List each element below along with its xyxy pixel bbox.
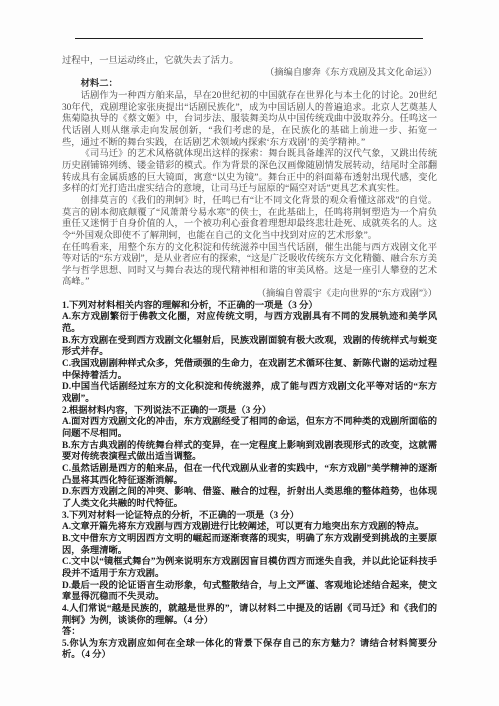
question-1-option-c: C.我国戏剧剧种样式众多，凭借顽强的生命力，在戏剧艺术循环往复、新陈代谢的运动过… (62, 359, 437, 382)
question-1-option-b: B.东方戏剧在受到西方戏剧文化辐射后，民族戏剧面貌有极大改观，戏剧的传统样式与蜕… (62, 336, 437, 359)
question-3-option-a: A.文章开篇先将东方戏剧与西方戏剧进行比较阐述，可以更有力地突出东方戏剧的特点。 (62, 522, 437, 534)
passage-paragraph-1: 话剧作为一种西方舶来品，早在20世纪初的中国就存在世界化与本土化的讨论。20世纪… (62, 91, 437, 149)
question-4: 4.人们常说“越是民族的，就越是世界的”，请以材料二中提及的话剧《司马迁》和《我… (62, 604, 437, 639)
question-4-stem: 4.人们常说“越是民族的，就越是世界的”，请以材料二中提及的话剧《司马迁》和《我… (62, 604, 437, 627)
question-2: 2.根据材料内容，下列说法不正确的一项是（3 分） A.面对西方戏剧文化的冲击，… (62, 406, 437, 511)
question-2-option-d: D.东西方戏剧之间的冲突、影响、借鉴、融合的过程，折射出人类思维的整体趋势，也体… (62, 487, 437, 510)
question-3: 3.下列对材料一论证特点的分析，不正确的一项是（3 分） A.文章开篇先将东方戏… (62, 511, 437, 604)
question-2-option-c: C.虽然话剧是西方的舶来品，但在一代代戏剧从业者的实践中，“东方戏剧”美学精神的… (62, 464, 437, 487)
citation-material1: （摘编自廖奔《东方戏剧及其文化命运》） (62, 68, 437, 80)
question-5: 5.你认为东方戏剧应如何在全球一体化的背景下保存自己的东方魅力？请结合材料简要分… (62, 639, 437, 662)
question-3-option-d: D.最后一段的论证语言生动形象，句式整散结合，与上文严谨、客观地论述结合起来，使… (62, 581, 437, 604)
passage-tail-line: 过程中，一旦运动终止，它就失去了活力。 (62, 56, 437, 68)
question-3-stem: 3.下列对材料一论证特点的分析，不正确的一项是（3 分） (62, 511, 437, 523)
passage-paragraph-3: 创排莫言的《我们的荆轲》时，任鸣已有“让不同文化背景的观众看懂这部戏”的自觉。莫… (62, 196, 437, 243)
question-1-option-a: A.东方戏剧繁衍于佛教文化圈，对应传统文明，与西方戏剧具有不同的发展轨迹和美学风… (62, 312, 437, 335)
citation-material2: （摘编自曾震宇《走向世界的“东方戏剧”》） (62, 289, 437, 301)
question-1: 1.下列对材料相关内容的理解和分析，不正确的一项是（3 分） A.东方戏剧繁衍于… (62, 301, 437, 406)
exam-page: 过程中，一旦运动终止，它就失去了活力。 （摘编自廖奔《东方戏剧及其文化命运》） … (0, 0, 499, 706)
top-divider-line (75, 38, 423, 39)
question-5-stem: 5.你认为东方戏剧应如何在全球一体化的背景下保存自己的东方魅力？请结合材料简要分… (62, 639, 437, 662)
passage-paragraph-2: 《司马迁》的艺术风格就体现出这样的探索：舞台既具备雄浑的汉代气象，又跳出传统历史… (62, 149, 437, 196)
question-1-option-d: D.中国当代话剧经过东方的文化积淀和传统滋养，成了能与西方戏剧文化平等对话的“东… (62, 382, 437, 405)
document-content: 过程中，一旦运动终止，它就失去了活力。 （摘编自廖奔《东方戏剧及其文化命运》） … (62, 56, 437, 662)
question-1-stem: 1.下列对材料相关内容的理解和分析，不正确的一项是（3 分） (62, 301, 437, 313)
question-4-answer-label: 答： (62, 627, 437, 639)
question-2-option-b: B.东方古典戏剧的传统舞台样式的变异，在一定程度上影响到戏剧表现形式的改变，这就… (62, 441, 437, 464)
material2-heading: 材料二： (62, 79, 437, 91)
question-2-stem: 2.根据材料内容，下列说法不正确的一项是（3 分） (62, 406, 437, 418)
question-3-option-c: C.文中以“镜框式舞台”为例来说明东方戏剧因盲目模仿西方而迷失自我，并以此论证科… (62, 557, 437, 580)
question-3-option-b: B.文中借东方文明因西方文明的崛起而逐渐衰落的现实，明确了东方戏剧受到挑战的主要… (62, 534, 437, 557)
question-2-option-a: A.面对西方戏剧文化的冲击，东方戏剧经受了相同的命运，但东方不同种类的戏剧所面临… (62, 417, 437, 440)
passage-paragraph-4: 在任鸣看来，用整个东方的文化积淀和传统滋养中国当代话剧，催生出能与西方戏剧文化平… (62, 243, 437, 290)
